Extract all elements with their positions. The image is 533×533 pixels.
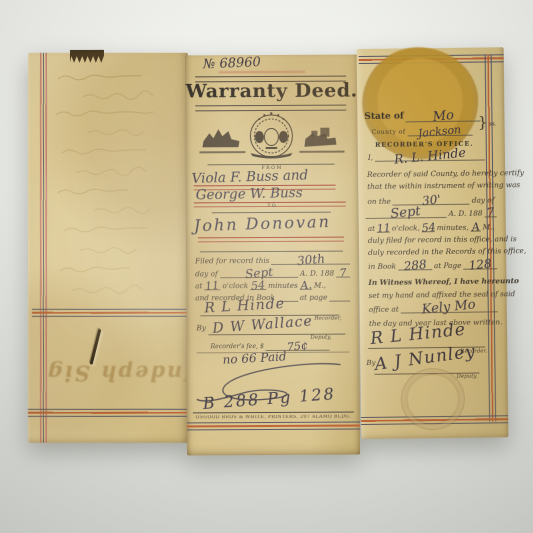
filed-row-3-m: M., bbox=[312, 282, 328, 290]
day-of-label: day of bbox=[470, 196, 497, 204]
certificate-book-row: in Book 288 at Page 128 bbox=[366, 260, 497, 271]
cert-m-label: M., bbox=[481, 223, 497, 231]
filed-row-2: day of Sept A. D. 188 7 bbox=[193, 269, 350, 279]
ss-brace: } bbox=[478, 113, 488, 131]
certificate-body-2: that the within instrument of writing wa… bbox=[365, 181, 496, 191]
deed-title: Warranty Deed. bbox=[185, 80, 358, 103]
recorder-name-blank: R. L. Hinde bbox=[375, 151, 485, 161]
left-bottom-border-rule bbox=[28, 409, 188, 417]
cert-minutes-label: minutes, bbox=[435, 224, 471, 232]
certificate-body-3: duly filed for record in this office, an… bbox=[366, 235, 497, 245]
filed-day-hand: 30th bbox=[296, 252, 325, 268]
filed-mer-hand: A. bbox=[300, 279, 313, 292]
cert-month-hand: Sept bbox=[390, 205, 421, 222]
filed-row-2-text-a: day of bbox=[193, 270, 220, 278]
body-3-text: duly filed for record in this office, an… bbox=[366, 235, 519, 245]
body-2-text: that the within instrument of writing wa… bbox=[365, 181, 522, 191]
certificate-day-row: on the 30' day of bbox=[365, 195, 496, 206]
cert-mer-blank: A bbox=[471, 223, 481, 232]
state-of-row: State of Mo bbox=[362, 112, 480, 123]
body-4-text: duly recorded in the Records of this off… bbox=[366, 247, 528, 257]
county-blank: Jackson bbox=[408, 127, 473, 137]
filed-row-4-text-b: at page bbox=[298, 294, 330, 302]
filed-year-blank: 7 bbox=[336, 269, 350, 278]
filed-row-3-at: at bbox=[193, 282, 204, 290]
in-book-label: in Book bbox=[366, 263, 398, 271]
left-upper-border-rule bbox=[32, 309, 188, 317]
red-pencil-mark bbox=[219, 71, 305, 73]
recorder-label-docket: Recorder, bbox=[314, 316, 341, 322]
place-blank: Kely Mo bbox=[401, 303, 498, 313]
certificate-body-1: Recorder of said County, do hereby certi… bbox=[365, 169, 496, 179]
printer-credit: OSGOOD BROS & WHITE, PRINTERS, 207 ALAMO… bbox=[187, 415, 360, 421]
filed-hour-blank: 11 bbox=[204, 281, 220, 290]
witness-row-2: set my hand and affixed the seal of said bbox=[367, 290, 498, 300]
filed-year-hand: 7 bbox=[339, 267, 347, 280]
cert-oclock-label: o'clock, bbox=[390, 224, 422, 232]
on-the-label: on the bbox=[365, 198, 392, 206]
grantor-name-2: George W. Buss bbox=[196, 185, 303, 203]
cert-month-blank: Sept bbox=[366, 209, 447, 219]
cert-hour-blank: 11 bbox=[377, 224, 390, 233]
ss-label: ss. bbox=[489, 121, 496, 127]
cert-mer-hand: A bbox=[471, 221, 480, 234]
panel-center: № 68960 Warranty Deed. bbox=[185, 55, 360, 456]
footer-rule-top bbox=[193, 412, 354, 414]
ghost-mirrored-text: Indeph Sig bbox=[46, 361, 194, 386]
cert-page-blank: 128 bbox=[463, 260, 497, 269]
certificate-body-4: duly recorded in the Records of this off… bbox=[366, 247, 497, 257]
state-of-label: State of bbox=[362, 112, 406, 122]
filed-day-blank: 30th bbox=[271, 256, 350, 265]
state-blank: Mo bbox=[406, 112, 481, 122]
panel-right: State of Mo County of Jackson } ss. RECO… bbox=[357, 47, 509, 439]
office-at-label: office at bbox=[367, 306, 401, 314]
cert-min-hand: 54 bbox=[421, 221, 436, 234]
cert-hour-hand: 11 bbox=[376, 222, 391, 235]
cert-day-blank: 30' bbox=[393, 196, 470, 206]
filed-page-blank bbox=[329, 293, 350, 302]
panel-left: Indeph Sig bbox=[28, 53, 188, 443]
to-label: TO bbox=[186, 204, 359, 210]
filed-month-blank: Sept bbox=[220, 269, 298, 278]
place-hand: Kely Mo bbox=[422, 298, 477, 318]
certificate-time-row: at 11 o'clock, 54 minutes, A M., bbox=[366, 222, 497, 233]
at-page-label: at Page bbox=[432, 262, 464, 270]
cert-year-blank: 7 bbox=[485, 208, 497, 217]
filed-min-hand: 54 bbox=[251, 279, 266, 292]
body-1-text: Recorder of said County, do hereby certi… bbox=[365, 169, 526, 179]
red-underline-grantee bbox=[198, 237, 344, 243]
by-label-docket: By bbox=[196, 323, 206, 332]
footer-rule-group bbox=[187, 422, 360, 431]
filed-row-1-text: Filed for record this bbox=[193, 257, 271, 265]
state-seal-crest-icon bbox=[193, 111, 350, 164]
filed-mer-blank: A. bbox=[300, 281, 312, 290]
cert-at-label: at bbox=[366, 225, 377, 233]
filed-row-2-text-b: A. D. 188 bbox=[298, 270, 336, 278]
doc-number: № 68960 bbox=[203, 55, 261, 72]
county-of-row: County of Jackson bbox=[370, 127, 473, 137]
filed-row-3-oclock: o'clock bbox=[220, 282, 250, 290]
cert-book-hand: 288 bbox=[403, 258, 427, 273]
filed-min-blank: 54 bbox=[250, 281, 266, 290]
photo-background: Indeph Sig № 68960 Warranty Deed. bbox=[0, 0, 533, 533]
filed-row-3-minutes: minutes bbox=[266, 282, 300, 290]
witness-row-1: In Witness Whereof, I have hereunto bbox=[366, 277, 497, 287]
grantee-name: John Donovan bbox=[194, 212, 332, 235]
state-hand: Mo bbox=[432, 109, 454, 125]
cert-year-hand: 7 bbox=[486, 206, 495, 220]
ad-label: A. D. 188 bbox=[446, 209, 484, 217]
deputy-label-docket: Deputy, bbox=[310, 335, 331, 341]
warranty-deed-document: Indeph Sig № 68960 Warranty Deed. bbox=[25, 45, 509, 462]
filed-hour-hand: 11 bbox=[205, 280, 220, 293]
cert-book-blank: 288 bbox=[398, 261, 432, 270]
witness-1-text: In Witness Whereof, I have hereunto bbox=[366, 277, 521, 287]
cert-min-blank: 54 bbox=[422, 223, 435, 232]
cert-day-hand: 30' bbox=[421, 193, 441, 208]
certificate-i-row: I, R. L. Hinde bbox=[366, 151, 485, 161]
deputy-cert-label: Deputy. bbox=[456, 374, 477, 380]
recorder-signature-docket: R L Hinde bbox=[204, 296, 285, 317]
certificate-month-row: Sept A. D. 188 7 bbox=[366, 208, 497, 219]
county-of-label: County of bbox=[370, 130, 408, 137]
i-label: I, bbox=[366, 154, 375, 162]
office-at-row: office at Kely Mo bbox=[367, 303, 498, 314]
cert-page-hand: 128 bbox=[468, 257, 492, 272]
filed-row-3: at 11 o'clock 54 minutes A. M., bbox=[193, 281, 350, 291]
